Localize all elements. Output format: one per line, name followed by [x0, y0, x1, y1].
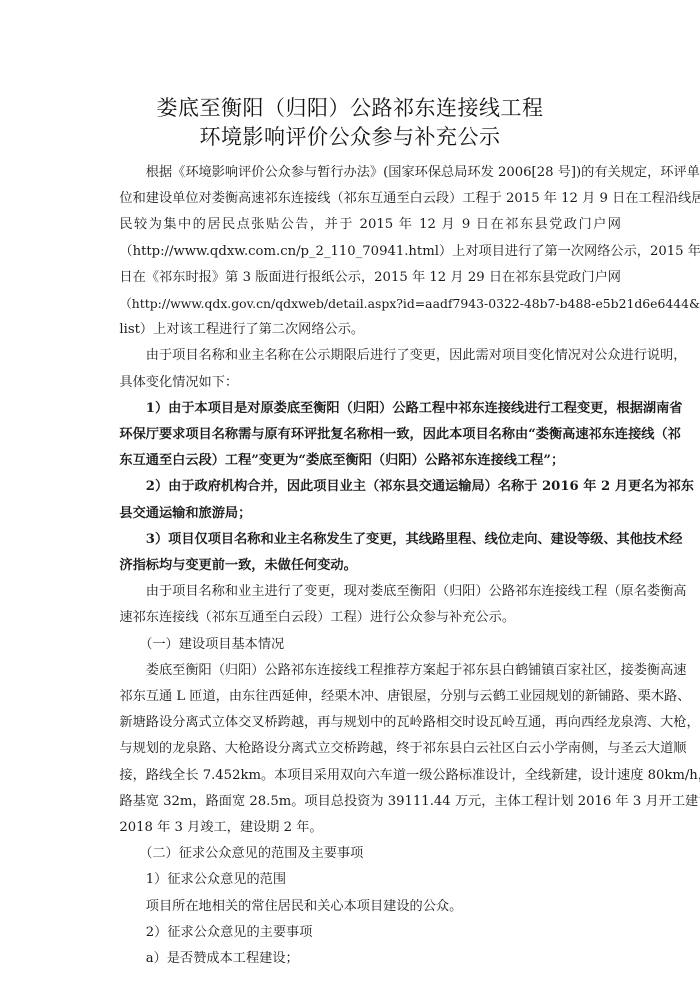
text-line: 与规划的龙泉路、大枪路设分离式立交桥跨越，终于祁东县白云社区白云小学南侧，与圣云… [93, 736, 621, 762]
text-line: 根据《环境影响评价公众参与暂行办法》(国家环保总局环发 2006[28 号])的… [93, 160, 621, 186]
text-line: 由于项目名称和业主进行了变更，现对娄底至衡阳（归阳）公路祁东连接线工程（原名娄衡… [93, 579, 621, 605]
document-body: 根据《环境影响评价公众参与暂行办法》(国家环保总局环发 2006[28 号])的… [93, 160, 621, 972]
text-line: 具体变化情况如下： [93, 370, 621, 396]
list-item-a: a）是否赞成本工程建设； [93, 946, 621, 972]
text-line: 速祁东连接线（祁东互通至白云段）工程）进行公众参与补充公示。 [93, 605, 621, 631]
text-line: 接，路线全长 7.452km。本项目采用双向六车道一级公路标准设计，全线新建，设… [93, 763, 621, 789]
section-heading-1: （一）建设项目基本情况 [93, 632, 621, 658]
text-line: 民较为集中的居民点张贴公告，并于 2015 年 12 月 9 日在祁东县党政门户… [93, 212, 621, 238]
subheading-scope: 1）征求公众意见的范围 [93, 867, 621, 893]
text-line: 由于项目名称和业主名称在公示期限后进行了变更，因此需对项目变化情况对公众进行说明… [93, 343, 621, 369]
text-line: 日在《祁东时报》第 3 版面进行报纸公示，2015 年 12 月 29 日在祁东… [93, 265, 621, 291]
paragraph-change-intro: 由于项目名称和业主名称在公示期限后进行了变更，因此需对项目变化情况对公众进行说明… [93, 343, 621, 395]
text-line: 济指标均与变更前一致，未做任何变动。 [93, 553, 621, 579]
text-line: 环保厅要求项目名称需与原有环评批复名称相一致，因此本项目名称由“娄衡高速祁东连接… [93, 422, 621, 448]
paragraph-supplementary-notice: 由于项目名称和业主进行了变更，现对娄底至衡阳（归阳）公路祁东连接线工程（原名娄衡… [93, 579, 621, 631]
text-line: 祁东互通 L 匝道，由东往西延伸，经栗木冲、唐银屋，分别与云鹤工业园规划的新铺路… [93, 684, 621, 710]
paragraph-legal-basis: 根据《环境影响评价公众参与暂行办法》(国家环保总局环发 2006[28 号])的… [93, 160, 621, 343]
text-line: 3）项目仅项目名称和业主名称发生了变更，其线路里程、线位走向、建设等级、其他技术… [93, 527, 621, 553]
url-line: （http://www.qdxw.com.cn/p_2_110_70941.ht… [93, 239, 621, 265]
text-line: 路基宽 32m，路面宽 28.5m。项目总投资为 39111.44 万元，主体工… [93, 789, 621, 815]
text-line: 2）由于政府机构合并，因此项目业主（祁东县交通运输局）名称于 2016 年 2 … [93, 474, 621, 500]
text-line: 娄底至衡阳（归阳）公路祁东连接线工程推荐方案起于祁东县白鹤铺镇百家社区，接娄衡高… [93, 658, 621, 684]
subheading-main-items: 2）征求公众意见的主要事项 [93, 920, 621, 946]
text-line: list）上对该工程进行了第二次网络公示。 [93, 317, 621, 343]
paragraph-project-overview: 娄底至衡阳（归阳）公路祁东连接线工程推荐方案起于祁东县白鹤铺镇百家社区，接娄衡高… [93, 658, 621, 841]
text-line: 东互通至白云段）工程”变更为“娄底至衡阳（归阳）公路祁东连接线工程”； [93, 448, 621, 474]
text-line: 县交通运输和旅游局； [93, 501, 621, 527]
text-line: 1）由于本项目是对原娄底至衡阳（归阳）公路工程中祁东连接线进行工程变更，根据湖南… [93, 396, 621, 422]
paragraph-scope: 项目所在地相关的常住居民和关心本项目建设的公众。 [93, 894, 621, 920]
document-page: 娄底至衡阳（归阳）公路祁东连接线工程 环境影响评价公众参与补充公示 根据《环境影… [0, 0, 700, 990]
text-line: 新塘路设分离式立体交叉桥跨越，再与规划中的瓦岭路相交时设瓦岭互通，再向西经龙泉湾… [93, 710, 621, 736]
text-line: 项目所在地相关的常住居民和关心本项目建设的公众。 [93, 894, 621, 920]
document-title-line2: 环境影响评价公众参与补充公示 [0, 121, 700, 151]
paragraph-change-item-2: 2）由于政府机构合并，因此项目业主（祁东县交通运输局）名称于 2016 年 2 … [93, 474, 621, 526]
heading-text: 1）征求公众意见的范围 [93, 867, 621, 893]
heading-text: （一）建设项目基本情况 [93, 632, 621, 658]
text-line: 2018 年 3 月竣工，建设期 2 年。 [93, 815, 621, 841]
heading-text: （二）征求公众意见的范围及主要事项 [93, 841, 621, 867]
heading-text: 2）征求公众意见的主要事项 [93, 920, 621, 946]
document-title-line1: 娄底至衡阳（归阳）公路祁东连接线工程 [0, 92, 700, 122]
text-line: a）是否赞成本工程建设； [93, 946, 621, 972]
section-heading-2: （二）征求公众意见的范围及主要事项 [93, 841, 621, 867]
paragraph-change-item-3: 3）项目仅项目名称和业主名称发生了变更，其线路里程、线位走向、建设等级、其他技术… [93, 527, 621, 579]
url-line: （http://www.qdx.gov.cn/qdxweb/detail.asp… [93, 291, 621, 317]
paragraph-change-item-1: 1）由于本项目是对原娄底至衡阳（归阳）公路工程中祁东连接线进行工程变更，根据湖南… [93, 396, 621, 475]
text-line: 位和建设单位对娄衡高速祁东连接线（祁东互通至白云段）工程于 2015 年 12 … [93, 186, 621, 212]
